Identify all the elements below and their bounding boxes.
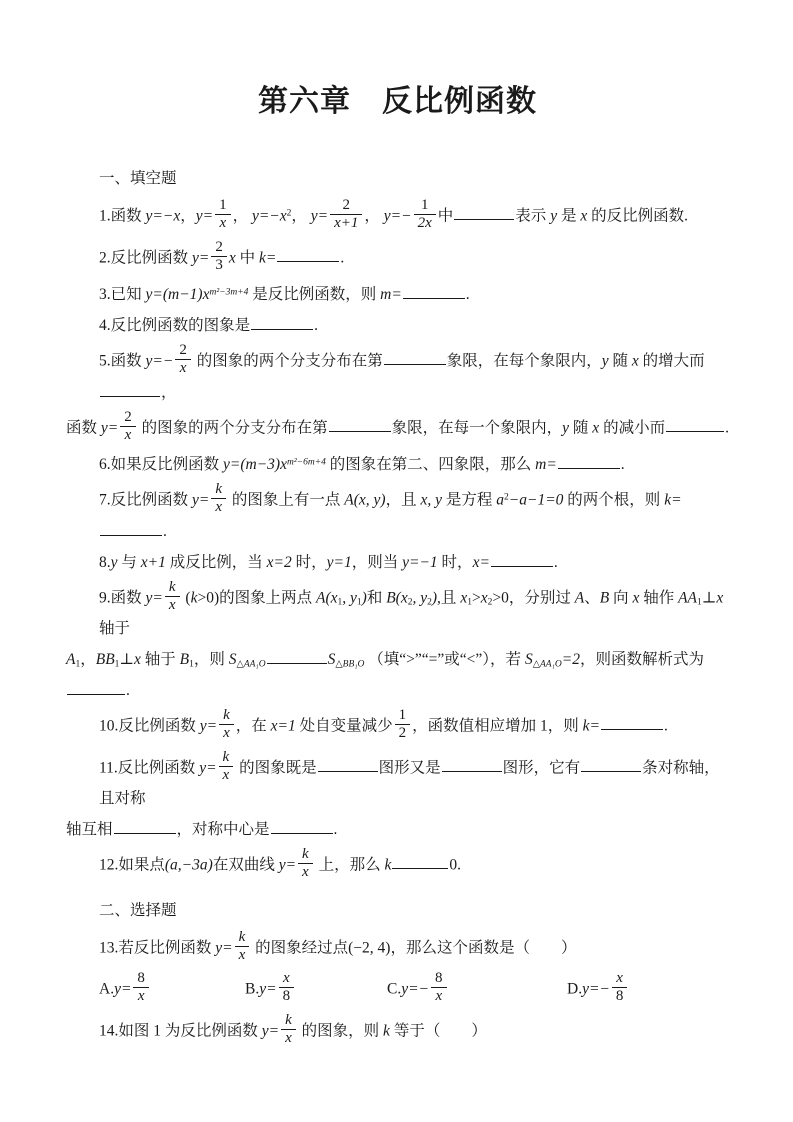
text-run: ， — [161, 384, 177, 401]
math-text: =2 — [562, 651, 580, 668]
math-text: y=−x — [252, 207, 287, 224]
text-run: ， — [180, 207, 196, 224]
question-7: 7.反比例函数 y=kx 的图象上有一点 A(x, y)，且 x, y 是方程 … — [66, 483, 729, 544]
math-text: k= — [664, 491, 681, 508]
blank-underline — [454, 204, 514, 220]
text-run: ，则 — [194, 651, 229, 668]
math-text: x — [716, 589, 723, 606]
math-text: x=2 — [267, 554, 292, 571]
text-run: 的反比例函数. — [587, 207, 688, 224]
question-13-options-D: D.y=−x8 — [567, 972, 729, 1008]
math-text: x — [632, 352, 639, 369]
text-run: >0)的图象上两点 — [197, 589, 316, 606]
fraction: x8 — [612, 970, 628, 1006]
superscript: m²−6m+4 — [287, 457, 326, 467]
text-run: . — [334, 821, 338, 838]
text-run: 、 — [584, 589, 600, 606]
math-text: −a−1=0 — [509, 491, 564, 508]
text-run: 2.反比例函数 — [99, 249, 192, 266]
text-run: 象限，在每一个象限内， — [392, 419, 563, 436]
section-fill-in-the-blank: 一、填空题 — [66, 166, 729, 191]
math-text: y= — [196, 207, 213, 224]
fraction: kx — [219, 707, 234, 743]
text-run: 向 — [609, 589, 632, 606]
math-text: y= — [101, 419, 118, 436]
math-text: A(x — [316, 589, 338, 606]
blank-underline — [558, 453, 620, 469]
fraction: 2x+1 — [330, 197, 362, 233]
text-run: ( — [182, 589, 191, 606]
question-9-line-1: 9.函数 y=kx (k>0)的图象上两点 A(x1, y1)和 B(x2, y… — [66, 581, 729, 642]
text-run: 时， — [438, 554, 473, 571]
text-run: 3.已知 — [99, 286, 146, 303]
math-text: B — [180, 651, 189, 668]
blank-underline — [392, 853, 448, 869]
text-run: 象限，在每个象限内， — [447, 352, 602, 369]
text-run: 函数 — [66, 419, 101, 436]
text-run: 和 — [367, 589, 386, 606]
text-run: 6.如果反比例函数 — [99, 456, 223, 473]
blank-underline — [67, 679, 125, 695]
text-run: > — [472, 589, 481, 606]
text-run: 14.如图 1 为反比例函数 — [99, 1022, 262, 1039]
text-run: 成反比例，当 — [166, 554, 267, 571]
fraction: 12x — [414, 197, 436, 233]
text-run: 0. — [449, 856, 461, 873]
text-run: . — [725, 419, 729, 436]
math-text: y= — [311, 207, 328, 224]
blank-underline — [267, 648, 327, 664]
fraction: kx — [211, 481, 226, 517]
question-13: 13.若反比例函数 y=kx 的图象经过点(−2, 4)，那么这个函数是（ ） — [66, 931, 729, 967]
math-text: k — [384, 856, 391, 873]
blank-underline — [581, 756, 641, 772]
math-text: m= — [380, 286, 402, 303]
text-run: 是方程 — [442, 491, 496, 508]
question-6: 6.如果反比例函数 y=(m−3)xm²−6m+4 的图象在第二、四象限，那么 … — [66, 452, 729, 477]
subscript: △BB₁O — [335, 659, 364, 669]
question-13-options-A: A.y=8x — [99, 972, 245, 1008]
question-13-options: A.y=8xB.y=x8C.y=−8xD.y=−x8 — [66, 972, 729, 1008]
text-run: D. — [567, 980, 582, 997]
math-text: y=− — [401, 980, 429, 997]
math-text: y=− — [146, 352, 174, 369]
math-text: y=(m−1)x — [146, 286, 210, 303]
fraction: kx — [281, 1012, 296, 1048]
text-run: 的图象上有一点 — [228, 491, 344, 508]
math-text: B(x — [386, 589, 408, 606]
fraction: kx — [165, 579, 180, 615]
text-run: ，对称中心是 — [177, 821, 270, 838]
text-run: 等于（ ） — [390, 1022, 487, 1039]
text-run: . — [466, 286, 470, 303]
question-11-line-2: 轴互相，对称中心是. — [66, 817, 729, 842]
text-run: 的增大而 — [639, 352, 705, 369]
text-run: ，且 — [386, 491, 421, 508]
text-run: 5.函数 — [99, 352, 146, 369]
text-run: 图形，它有 — [503, 759, 581, 776]
blank-underline — [251, 314, 313, 330]
blank-underline — [601, 714, 663, 730]
math-text: x, y — [421, 491, 443, 508]
question-13-options-C: C.y=−8x — [387, 972, 567, 1008]
math-text: x= — [473, 554, 490, 571]
text-run: 上，那么 — [315, 856, 385, 873]
text-run: ⊥ — [119, 651, 134, 668]
superscript: m²−3m+4 — [209, 287, 248, 297]
fraction: kx — [219, 749, 234, 785]
math-text: x — [134, 651, 141, 668]
math-text: m= — [535, 456, 557, 473]
math-text: y — [111, 554, 118, 571]
text-run: 是反比例函数，则 — [248, 286, 380, 303]
question-13-options-B: B.y=x8 — [245, 972, 387, 1008]
math-text: AA — [678, 589, 697, 606]
blank-underline — [442, 756, 502, 772]
text-run: . — [340, 249, 344, 266]
subscript: △AA₁O — [237, 659, 266, 669]
text-run: 中 — [236, 249, 259, 266]
blank-underline — [491, 551, 553, 567]
question-5-line-2: 函数 y=2x 的图象的两个分支分布在第象限，在每一个象限内，y 随 x 的减小… — [66, 411, 729, 447]
math-text: x+1 — [141, 554, 166, 571]
text-run: 时， — [292, 554, 327, 571]
text-run: 处自变量减少 — [296, 717, 393, 734]
math-text: y= — [215, 939, 232, 956]
math-text: y=−1 — [402, 554, 438, 571]
blank-underline — [271, 818, 333, 834]
text-run: 表示 — [515, 207, 550, 224]
text-run: 的减小而 — [599, 419, 665, 436]
math-text: y — [602, 352, 609, 369]
text-run: 轴于 — [141, 651, 180, 668]
fraction: x8 — [279, 970, 295, 1006]
math-text: S — [525, 651, 533, 668]
text-run: ，则函数解析式为 — [580, 651, 704, 668]
fraction: 8x — [431, 970, 447, 1006]
question-9-line-2: A1，BB1⊥x 轴于 B1，则 S△AA₁OS△BB₁O （填“>”“=”或“… — [66, 647, 729, 672]
text-run: 的图象经过点(−2, 4)，那么这个函数是（ ） — [251, 939, 576, 956]
math-text: a — [496, 491, 504, 508]
text-run: A. — [99, 980, 114, 997]
math-text: A — [575, 589, 584, 606]
text-run: （填“>”“=”或“<”），若 — [364, 651, 525, 668]
blank-underline — [329, 416, 391, 432]
math-text: y=1 — [327, 554, 352, 571]
fraction: kx — [298, 846, 313, 882]
math-text: y= — [262, 1022, 279, 1039]
text-run: . — [554, 554, 558, 571]
document-body: 一、填空题1.函数 y=−x，y=1x， y=−x2， y=2x+1， y=−1… — [66, 166, 729, 1049]
subscript: △AA₁O — [533, 659, 562, 669]
fraction: 12 — [395, 707, 411, 743]
math-text: B — [600, 589, 609, 606]
text-run: ， — [364, 207, 383, 224]
math-text: y= — [259, 980, 276, 997]
text-run: ⊥ — [702, 589, 717, 606]
math-text: y= — [146, 589, 163, 606]
math-text: y=− — [582, 980, 610, 997]
text-run: . — [314, 317, 318, 334]
question-10: 10.反比例函数 y=kx，在 x=1 处自变量减少12，函数值相应增加 1，则… — [66, 709, 729, 745]
math-text: k= — [583, 717, 600, 734]
fraction: 8x — [133, 970, 149, 1006]
math-text: , y — [412, 589, 427, 606]
text-run: 随 — [609, 352, 632, 369]
text-run: . — [126, 682, 130, 699]
text-run: 12.如果点 — [99, 856, 165, 873]
text-run: 的图象的两个分支分布在第 — [138, 419, 328, 436]
text-run: 8. — [99, 554, 111, 571]
text-run: C. — [387, 980, 401, 997]
question-8: 8.y 与 x+1 成反比例，当 x=2 时，y=1，则当 y=−1 时，x=. — [66, 550, 729, 575]
math-text: x — [481, 589, 488, 606]
math-text: y= — [114, 980, 131, 997]
math-text: BB — [96, 651, 115, 668]
text-run: 7.反比例函数 — [99, 491, 192, 508]
question-1: 1.函数 y=−x，y=1x， y=−x2， y=2x+1， y=−12x中表示… — [66, 199, 729, 235]
fraction: 2x — [175, 342, 191, 378]
math-text: x — [229, 249, 236, 266]
text-run: 随 — [569, 419, 592, 436]
text-run: 轴互相 — [66, 821, 113, 838]
blank-underline — [100, 381, 160, 397]
section-multiple-choice: 二、选择题 — [66, 898, 729, 923]
text-run: 与 — [118, 554, 141, 571]
question-9-line-3: . — [66, 678, 729, 703]
math-text: y=−x — [146, 207, 181, 224]
math-text: k= — [259, 249, 276, 266]
question-14: 14.如图 1 为反比例函数 y=kx 的图象，则 k 等于（ ） — [66, 1014, 729, 1050]
text-run: 的图象，则 — [298, 1022, 383, 1039]
text-run: ，在 — [236, 717, 271, 734]
math-text: y= — [279, 856, 296, 873]
text-run: ， — [80, 651, 96, 668]
text-run: 的两个根，则 — [563, 491, 664, 508]
math-text: y= — [192, 491, 209, 508]
question-11-line-1: 11.反比例函数 y=kx 的图象既是图形又是图形，它有条对称轴，且对称 — [66, 751, 729, 812]
blank-underline — [277, 246, 339, 262]
question-12: 12.如果点(a,−3a)在双曲线 y=kx 上，那么 k0. — [66, 848, 729, 884]
document-page: 第六章 反比例函数 一、填空题1.函数 y=−x，y=1x， y=−x2， y=… — [0, 0, 793, 1122]
question-5-line-1: 5.函数 y=−2x 的图象的两个分支分布在第象限，在每个象限内，y 随 x 的… — [66, 344, 729, 405]
question-4: 4.反比例函数的图象是. — [66, 313, 729, 338]
text-run: 的图象既是 — [235, 759, 316, 776]
fraction: 23 — [211, 239, 227, 275]
text-run: ， — [291, 207, 310, 224]
text-run: >0，分别过 — [492, 589, 574, 606]
math-text: (a,−3a) — [165, 856, 213, 873]
blank-underline — [114, 818, 176, 834]
math-text: y=− — [384, 207, 412, 224]
page-title: 第六章 反比例函数 — [66, 76, 729, 120]
math-text: k — [383, 1022, 390, 1039]
blank-underline — [318, 756, 378, 772]
text-run: 13.若反比例函数 — [99, 939, 215, 956]
text-run: ,且 — [437, 589, 460, 606]
blank-underline — [666, 416, 724, 432]
math-text: S — [229, 651, 237, 668]
text-run: 是 — [557, 207, 580, 224]
text-run: ，则当 — [352, 554, 402, 571]
text-run: 在双曲线 — [213, 856, 279, 873]
text-run: 11.反比例函数 — [99, 759, 199, 776]
fraction: 2x — [120, 409, 136, 445]
math-text: x=1 — [271, 717, 296, 734]
text-run: 1.函数 — [99, 207, 146, 224]
question-2: 2.反比例函数 y=23x 中 k=. — [66, 241, 729, 277]
math-text: y= — [192, 249, 209, 266]
text-run: 图形又是 — [379, 759, 441, 776]
math-text: y= — [199, 759, 216, 776]
blank-underline — [100, 520, 162, 536]
text-run: ， — [233, 207, 252, 224]
fraction: kx — [235, 929, 250, 965]
text-run: 中 — [438, 207, 454, 224]
math-text: y — [562, 419, 569, 436]
text-run: 4.反比例函数的图象是 — [99, 317, 250, 334]
text-run: 的图象在第二、四象限，那么 — [326, 456, 535, 473]
math-text: A(x, y) — [344, 491, 385, 508]
text-run: 9.函数 — [99, 589, 146, 606]
text-run: ，函数值相应增加 1，则 — [412, 717, 583, 734]
text-run: 轴于 — [99, 620, 130, 637]
math-text: y= — [200, 717, 217, 734]
math-text: y=(m−3)x — [223, 456, 287, 473]
question-3: 3.已知 y=(m−1)xm²−3m+4 是反比例函数，则 m=. — [66, 282, 729, 307]
text-run: 10.反比例函数 — [99, 717, 200, 734]
blank-underline — [403, 283, 465, 299]
text-run: . — [621, 456, 625, 473]
text-run: . — [664, 717, 668, 734]
blank-underline — [384, 349, 446, 365]
text-run: 轴作 — [639, 589, 678, 606]
fraction: 1x — [215, 197, 231, 233]
text-run: B. — [245, 980, 259, 997]
math-text: , y — [342, 589, 357, 606]
text-run: 的图象的两个分支分布在第 — [193, 352, 383, 369]
text-run: . — [163, 523, 167, 540]
